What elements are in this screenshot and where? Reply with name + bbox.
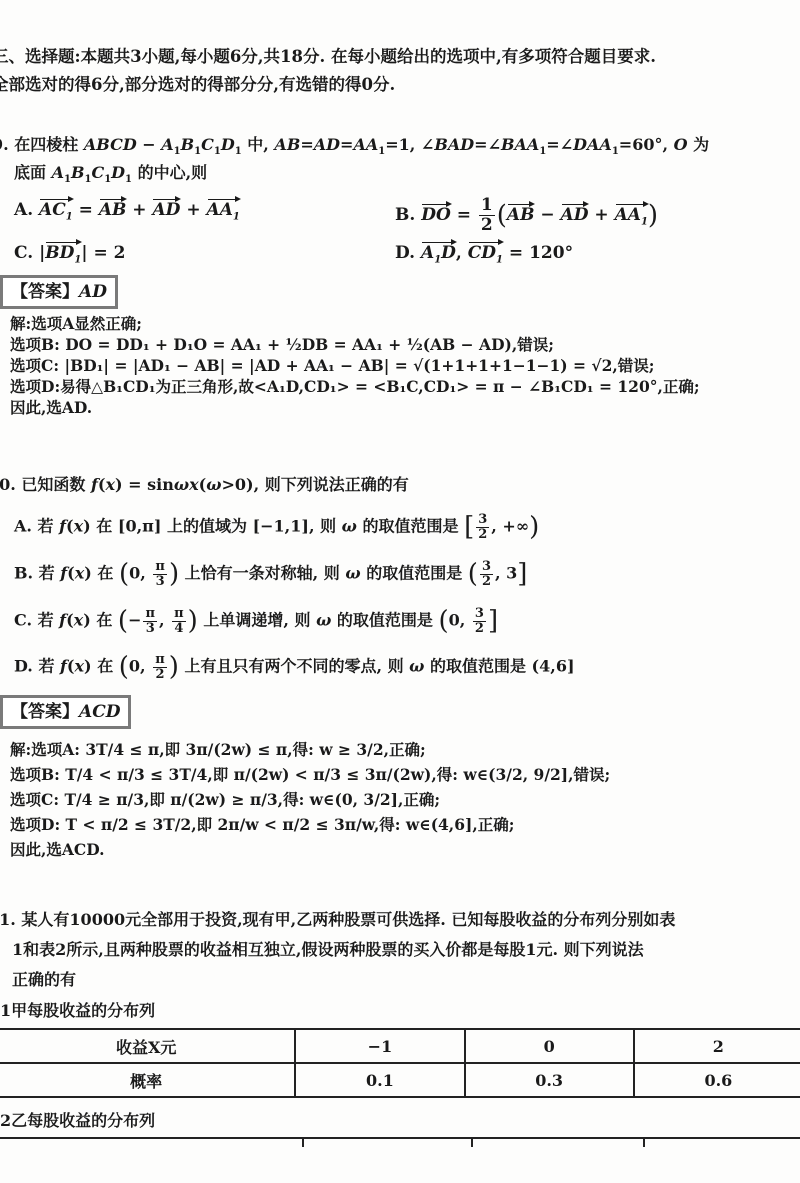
q9-option-b[interactable]: B. DO = 12(AB − AD + AA1): [395, 196, 658, 235]
q11-stem-line2: 1和表2所示,且两种股票的收益相互独立,假设两种股票的买入价都是每股1元. 则下…: [12, 937, 644, 960]
table-cell: 0: [465, 1029, 634, 1063]
q10-solution-line: 选项B: T/4 < π/3 ≤ 3T/4,即 π/(2w) < π/3 ≤ 3…: [10, 762, 610, 787]
q10-option-b[interactable]: B. 若 f(x) 在 (0, π3) 上恰有一条对称轴, 则 ω 的取值范围是…: [14, 559, 527, 589]
table-cell: 概率: [0, 1063, 295, 1097]
q11-stem-line1: 11. 某人有10000元全部用于投资,现有甲,乙两种股票可供选择. 已知每股收…: [0, 907, 675, 930]
q9-solution-line: 因此,选AD.: [10, 397, 700, 418]
q9-solution-line: 选项B: DO = DD₁ + D₁O = AA₁ + ½DB = AA₁ + …: [10, 334, 700, 355]
q9-option-a[interactable]: A. AC1 = AB + AD + AA1: [14, 200, 240, 222]
q10-solution-line: 因此,选ACD.: [10, 837, 610, 862]
q9-solution: 解:选项A显然正确; 选项B: DO = DD₁ + D₁O = AA₁ + ½…: [10, 313, 700, 418]
table-row: 收益X元 −1 0 2: [0, 1029, 800, 1063]
table2-divider: [471, 1137, 473, 1147]
table1-distribution: 收益X元 −1 0 2 概率 0.1 0.3 0.6: [0, 1028, 800, 1098]
table1-caption: 表1甲每股收益的分布列: [0, 998, 155, 1021]
table2-border: [0, 1137, 800, 1139]
q10-option-c[interactable]: C. 若 f(x) 在 (−π3, π4) 上单调递增, 则 ω 的取值范围是 …: [14, 606, 498, 636]
q10-solution-line: 选项D: T < π/2 ≤ 3T/2,即 2π/w < π/2 ≤ 3π/w,…: [10, 812, 610, 837]
table-cell: 0.1: [295, 1063, 464, 1097]
q9-solution-line: 选项D:易得△B₁CD₁为正三角形,故<A₁D,CD₁> = <B₁C,CD₁>…: [10, 376, 700, 397]
table-cell: 0.3: [465, 1063, 634, 1097]
section-header-line2: 全部选对的得6分,部分选对的得部分分,有选错的得0分.: [0, 71, 395, 95]
q10-option-a[interactable]: A. 若 f(x) 在 [0,π] 上的值域为 [−1,1], 则 ω 的取值范…: [14, 512, 539, 542]
q9-option-d[interactable]: D. A1D, CD1 = 120°: [395, 243, 573, 265]
q11-stem-line3: 正确的有: [12, 967, 76, 990]
table-cell: −1: [295, 1029, 464, 1063]
q9-solution-line: 选项C: |BD₁| = |AD₁ − AB| = |AD + AA₁ − AB…: [10, 355, 700, 376]
table-cell: 2: [634, 1029, 800, 1063]
table-row: 概率 0.1 0.3 0.6: [0, 1063, 800, 1097]
table2-divider: [643, 1137, 645, 1147]
section-header-line1: 三、选择题:本题共3小题,每小题6分,共18分. 在每小题给出的选项中,有多项符…: [0, 43, 656, 67]
table-cell: 收益X元: [0, 1029, 295, 1063]
q10-answer-box: 【答案】ACD: [0, 695, 131, 729]
q10-stem: 10. 已知函数 f(x) = sinωx(ω>0), 则下列说法正确的有: [0, 472, 409, 495]
q9-solution-line: 解:选项A显然正确;: [10, 313, 700, 334]
q9-stem-line1: 9. 在四棱柱 ABCD − A1B1C1D1 中, AB=AD=AA1=1, …: [0, 132, 709, 157]
table2-caption: 表2乙每股收益的分布列: [0, 1108, 155, 1131]
q9-answer-box: 【答案】AD: [0, 275, 118, 309]
q10-solution-line: 选项C: T/4 ≥ π/3,即 π/(2w) ≥ π/3,得: w∈(0, 3…: [10, 787, 610, 812]
table-cell: 0.6: [634, 1063, 800, 1097]
q10-option-d[interactable]: D. 若 f(x) 在 (0, π2) 上有且只有两个不同的零点, 则 ω 的取…: [14, 652, 575, 682]
q10-solution-line: 解:选项A: 3T/4 ≤ π,即 3π/(2w) ≤ π,得: w ≥ 3/2…: [10, 737, 610, 762]
q9-stem-line2: 底面 A1B1C1D1 的中心,则: [14, 160, 207, 185]
q10-solution: 解:选项A: 3T/4 ≤ π,即 3π/(2w) ≤ π,得: w ≥ 3/2…: [10, 737, 610, 862]
q9-option-c[interactable]: C. |BD1| = 2: [14, 243, 125, 265]
table2-divider: [302, 1137, 304, 1147]
